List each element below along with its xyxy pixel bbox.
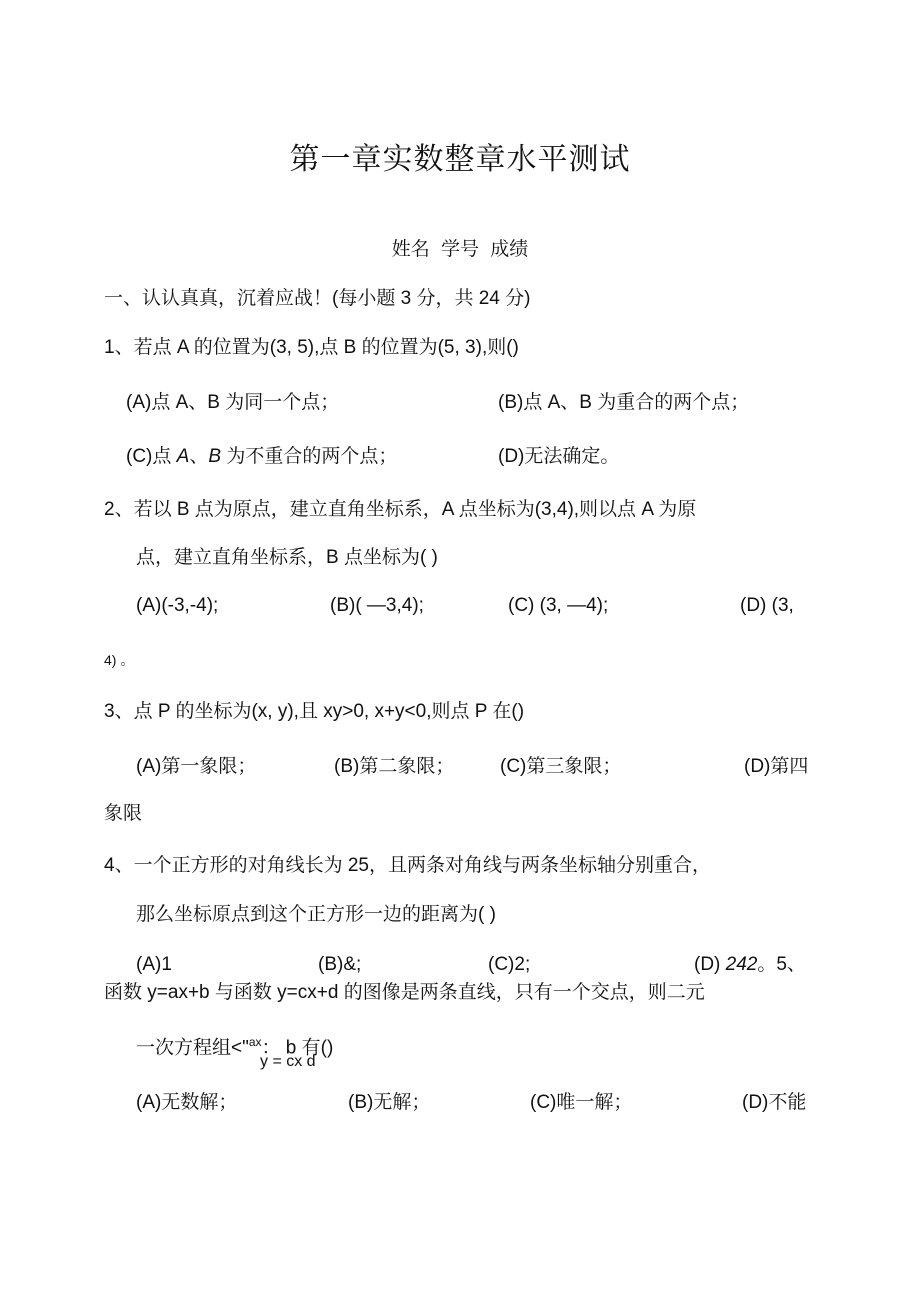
question-2-stem-line-1: 2、若以 B 点为原点，建立直角坐标系，A 点坐标为(3,4),则以点 A 为原 bbox=[104, 498, 696, 522]
option-d-suffix: 。5、 bbox=[757, 954, 806, 975]
question-5-option-c: (C)唯一解； bbox=[530, 1091, 632, 1115]
question-4-stem-line-2: 那么坐标原点到这个正方形一边的距离为( ) bbox=[136, 903, 496, 927]
point-b: B bbox=[208, 446, 221, 467]
page-title: 第一章实数整章水平测试 bbox=[0, 140, 920, 180]
question-3-option-d: (D)第四 bbox=[744, 755, 808, 779]
question-1-option-a: (A)点 A、B 为同一个点； bbox=[126, 391, 339, 415]
question-5-option-d: (D)不能 bbox=[742, 1091, 806, 1115]
question-2-option-a: (A)(-3,-4); bbox=[136, 594, 218, 618]
point-a: A bbox=[177, 446, 190, 467]
equation-second-row: y = cx d bbox=[260, 1052, 316, 1072]
question-3-option-d-continued: 象限 bbox=[104, 802, 142, 826]
question-2-option-c: (C) (3, —4); bbox=[508, 594, 608, 618]
question-4-option-d: (D) 242。5、 bbox=[694, 953, 806, 977]
question-3-option-c: (C)第三象限； bbox=[500, 755, 621, 779]
question-1-option-d: (D)无法确定。 bbox=[498, 445, 619, 469]
option-c-suffix: 为不重合的两个点； bbox=[221, 446, 397, 467]
question-2-option-d: (D) (3, bbox=[740, 594, 794, 618]
question-1-option-c: (C)点 A、B 为不重合的两个点； bbox=[126, 445, 397, 469]
option-d-value: 242 bbox=[726, 954, 758, 975]
question-4-stem-line-1: 4、一个正方形的对角线长为 25，且两条对角线与两条坐标轴分别重合， bbox=[104, 854, 711, 878]
question-4-option-b: (B)&; bbox=[318, 953, 361, 977]
document-page: 第一章实数整章水平测试 姓名 学号 成绩 一、认认真真，沉着应战！(每小题 3 … bbox=[0, 0, 920, 1303]
name-label: 姓名 bbox=[392, 239, 430, 260]
question-5-stem-line-1: 函数 y=ax+b 与函数 y=cx+d 的图像是两条直线，只有一个交点，则二元 bbox=[104, 981, 705, 1005]
section-heading: 一、认认真真，沉着应战！(每小题 3 分，共 24 分) bbox=[104, 287, 530, 311]
question-3-option-a: (A)第一象限； bbox=[136, 755, 256, 779]
question-2-stem-line-2: 点，建立直角坐标系，B 点坐标为( ) bbox=[136, 546, 438, 570]
option-c-prefix: (C)点 bbox=[126, 446, 177, 467]
separator: 、 bbox=[189, 446, 208, 467]
question-5-option-b: (B)无解； bbox=[348, 1091, 430, 1115]
student-id-label: 学号 bbox=[441, 239, 479, 260]
question-4-option-c: (C)2; bbox=[488, 953, 530, 977]
question-4-option-a: (A)1 bbox=[136, 953, 172, 977]
option-d-prefix: (D) bbox=[694, 954, 726, 975]
question-2-option-d-continued: 4) 。 bbox=[104, 648, 134, 672]
score-label: 成绩 bbox=[490, 239, 528, 260]
question-1-stem: 1、若点 A 的位置为(3, 5),点 B 的位置为(5, 3),则() bbox=[104, 336, 519, 360]
question-3-stem: 3、点 P 的坐标为(x, y),且 xy>0, x+y<0,则点 P 在() bbox=[104, 700, 524, 724]
equation-prefix: 一次方程组<" bbox=[136, 1037, 249, 1058]
equation-superscript: ax bbox=[249, 1035, 262, 1049]
question-3-option-b: (B)第二象限； bbox=[334, 755, 454, 779]
question-2-option-b: (B)( —3,4); bbox=[330, 594, 424, 618]
student-info-line: 姓名 学号 成绩 bbox=[0, 238, 920, 262]
question-5-option-a: (A)无数解； bbox=[136, 1091, 237, 1115]
question-1-option-b: (B)点 A、B 为重合的两个点； bbox=[498, 391, 749, 415]
